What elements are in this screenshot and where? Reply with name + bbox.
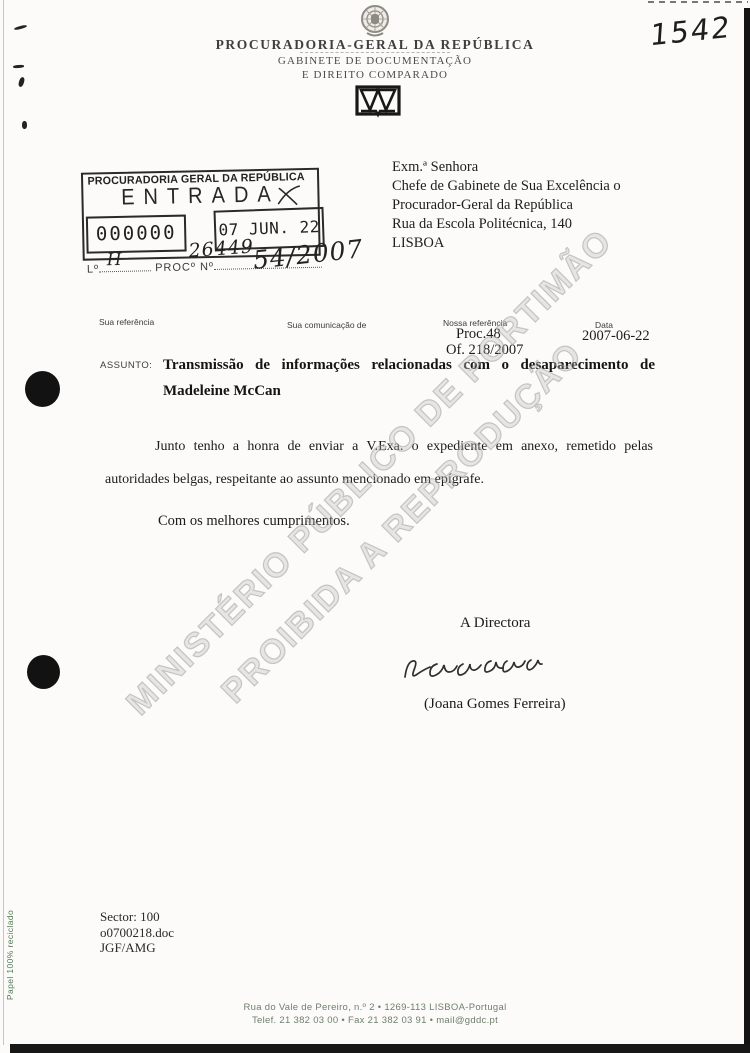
header-dept-line2: E DIREITO COMPARADO [0, 69, 750, 81]
proc-label: PROCº Nº [155, 261, 214, 274]
recipient-line: Procurador-Geral da República [392, 196, 621, 215]
doc-info-file: o0700218.doc [100, 925, 174, 941]
footer-address: Rua do Vale de Pereiro, n.º 2 • 1269-113… [0, 1002, 750, 1013]
entry-stamp: PROCURADORIA GERAL DA REPÚBLICA ENTRADA … [79, 163, 343, 280]
livro-label: Lº [87, 263, 99, 275]
header-underline [300, 52, 450, 53]
sua-referencia-label: Sua referência [99, 317, 154, 327]
subject-text: Transmissão de informações relacionadas … [163, 352, 655, 404]
scan-edge-bottom [10, 1044, 750, 1053]
sua-comunicacao-label: Sua comunicação de [287, 320, 366, 330]
doc-info: Sector: 100 o0700218.doc JGF/AMG [100, 909, 174, 956]
recipient-line: Rua da Escola Politécnica, 140 [392, 215, 621, 234]
recycled-paper-note: Papel 100% reciclado [5, 895, 15, 1015]
ink-mark [14, 24, 27, 30]
hole-punch-mark [25, 371, 60, 407]
ink-mark [22, 121, 27, 129]
body-paragraph: Junto tenho a honra de enviar a V.Exa. o… [105, 430, 653, 496]
header-org-title: PROCURADORIA-GERAL DA REPÚBLICA [0, 37, 750, 53]
scan-edge-left [3, 0, 4, 1045]
entry-stamp-number: 000000 [86, 215, 187, 254]
scan-edge-top-dashes [648, 1, 748, 3]
signature-scribble [400, 650, 582, 691]
scanned-letter-page: MINISTÉRIO PÚBLICO DE PORTIMÃO PROIBIDA … [0, 0, 750, 1053]
doc-info-initials: JGF/AMG [100, 940, 174, 956]
nossa-referencia-value1: Proc.48 [456, 326, 501, 343]
hole-punch-mark [27, 655, 60, 689]
footer-contacts: Telef. 21 382 03 00 • Fax 21 382 03 91 •… [0, 1015, 750, 1026]
scan-edge-right [744, 8, 750, 1053]
gddc-logo-icon [355, 85, 401, 124]
data-value: 2007-06-22 [582, 328, 650, 345]
header-dept-line1: GABINETE DE DOCUMENTAÇÃO [0, 55, 750, 67]
doc-info-sector: Sector: 100 [100, 909, 174, 925]
handwritten-livro-value: H [107, 250, 122, 270]
subject-label: ASSUNTO: [100, 360, 152, 371]
ink-mark [13, 65, 24, 68]
recipient-line: Exm.ª Senhora [392, 158, 621, 177]
recipient-address: Exm.ª Senhora Chefe de Gabinete de Sua E… [392, 158, 621, 253]
closing-line: Com os melhores cumprimentos. [158, 513, 350, 530]
recipient-line: Chefe de Gabinete de Sua Excelência o [392, 177, 621, 196]
signer-name: (Joana Gomes Ferreira) [424, 696, 566, 713]
recipient-line: LISBOA [392, 234, 621, 253]
signer-role: A Directora [460, 615, 530, 632]
